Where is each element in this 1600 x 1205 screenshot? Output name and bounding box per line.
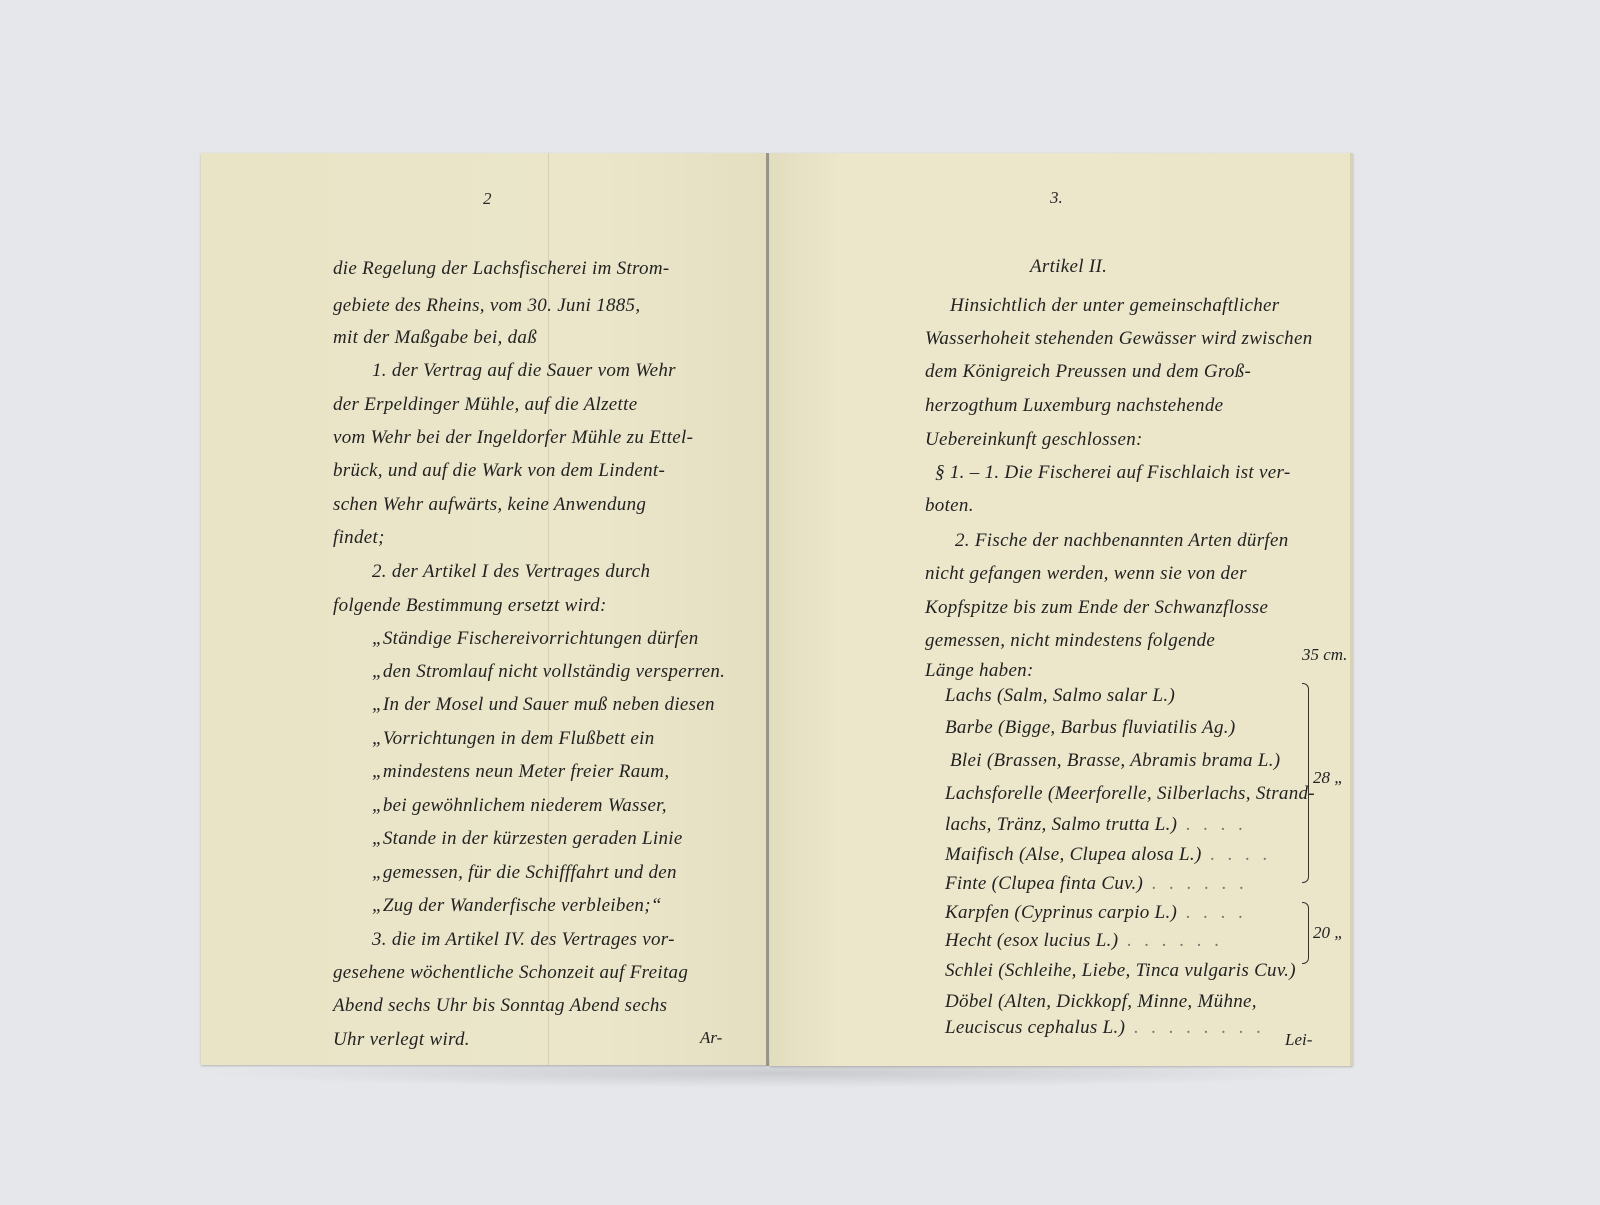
fish-name: Döbel (Alten, Dickkopf, Minne, Mühne, [945, 991, 1257, 1012]
text-line: „Stande in der kürzesten geraden Linie [372, 828, 683, 850]
text-line: gesehene wöchentliche Schonzeit auf Frei… [333, 962, 688, 984]
right-page-number: 3. [1050, 188, 1063, 208]
text-line: „den Stromlauf nicht vollständig versper… [372, 661, 725, 683]
fish-name: Blei (Brassen, Brasse, Abramis brama L.) [950, 750, 1280, 771]
fish-row: Hecht (esox lucius L.) . . . . . . [945, 930, 1223, 952]
text-line: Uebereinkunft geschlossen: [925, 429, 1143, 451]
fish-row: Lachs (Salm, Salmo salar L.) [945, 685, 1175, 707]
fish-row: Leuciscus cephalus L.) . . . . . . . . [945, 1017, 1265, 1039]
text-line: „gemessen, für die Schifffahrt und den [372, 862, 677, 884]
fish-row: Lachsforelle (Meerforelle, Silberlachs, … [945, 783, 1315, 805]
text-line: Kopfspitze bis zum Ende der Schwanzfloss… [925, 597, 1268, 619]
text-line: „Zug der Wanderfische verbleiben;“ [372, 895, 662, 917]
fish-name: Leuciscus cephalus L.) [945, 1017, 1125, 1038]
text-line: „mindestens neun Meter freier Raum, [372, 761, 669, 783]
text-line: Hinsichtlich der unter gemeinschaftliche… [950, 295, 1279, 317]
text-line: „Ständige Fischereivorrichtungen dürfen [372, 628, 699, 650]
article-heading: Artikel II. [1030, 256, 1107, 278]
text-line: § 1. – 1. Die Fischerei auf Fischlaich i… [935, 462, 1290, 484]
text-line: „Vorrichtungen in dem Flußbett ein [372, 728, 655, 750]
text-line: der Erpeldinger Mühle, auf die Alzette [333, 394, 637, 416]
fish-row: lachs, Tränz, Salmo trutta L.) . . . . [945, 814, 1247, 836]
text-line: vom Wehr bei der Ingeldorfer Mühle zu Et… [333, 427, 693, 449]
text-line: dem Königreich Preussen und dem Groß- [925, 361, 1251, 383]
fish-name: Schlei (Schleihe, Liebe, Tinca vulgaris … [945, 960, 1296, 981]
left-page-catchword: Ar- [700, 1028, 722, 1048]
fish-name: Barbe (Bigge, Barbus fluviatilis Ag.) [945, 717, 1235, 738]
text-line: Wasserhoheit stehenden Gewässer wird zwi… [925, 328, 1313, 350]
bracket-28cm [1302, 683, 1309, 883]
fish-row: Döbel (Alten, Dickkopf, Minne, Mühne, [945, 991, 1257, 1013]
fish-name: Lachs (Salm, Salmo salar L.) [945, 685, 1175, 706]
fish-name: Maifisch (Alse, Clupea alosa L.) [945, 844, 1202, 865]
fish-name: Hecht (esox lucius L.) [945, 930, 1118, 951]
fish-row: Barbe (Bigge, Barbus fluviatilis Ag.) [945, 717, 1235, 739]
fish-row: Schlei (Schleihe, Liebe, Tinca vulgaris … [945, 960, 1296, 982]
text-line: brück, und auf die Wark von dem Lindent- [333, 460, 665, 482]
text-line: 2. der Artikel I des Vertrages durch [372, 561, 650, 583]
text-line: „In der Mosel und Sauer muß neben diesen [372, 694, 715, 716]
fish-name: Finte (Clupea finta Cuv.) [945, 873, 1143, 894]
group-size-20: 20 „ [1313, 923, 1344, 943]
text-line: nicht gefangen werden, wenn sie von der [925, 563, 1247, 585]
text-line: die Regelung der Lachsfischerei im Strom… [333, 258, 669, 280]
left-page-number: 2 [483, 189, 492, 209]
text-line: boten. [925, 495, 974, 517]
fish-row: Maifisch (Alse, Clupea alosa L.) . . . . [945, 844, 1272, 866]
group-size-28: 28 „ [1313, 768, 1344, 788]
text-line: herzogthum Luxemburg nachstehende [925, 395, 1223, 417]
text-line: 2. Fische der nachbenannten Arten dürfen [955, 530, 1289, 552]
bracket-20cm [1302, 902, 1309, 964]
fish-row: Karpfen (Cyprinus carpio L.) . . . . [945, 902, 1247, 924]
fish-row: Blei (Brassen, Brasse, Abramis brama L.) [950, 750, 1280, 772]
fish-name: lachs, Tränz, Salmo trutta L.) [945, 814, 1177, 835]
text-line: Länge haben: [925, 660, 1034, 682]
text-line: „bei gewöhnlichem niederem Wasser, [372, 795, 667, 817]
text-line: gemessen, nicht mindestens folgende [925, 630, 1215, 652]
fish-row: Finte (Clupea finta Cuv.) . . . . . . [945, 873, 1248, 895]
text-line: Abend sechs Uhr bis Sonntag Abend sechs [333, 995, 667, 1017]
right-page-catchword: Lei- [1285, 1030, 1312, 1050]
text-line: 1. der Vertrag auf die Sauer vom Wehr [372, 360, 676, 382]
text-line: Uhr verlegt wird. [333, 1029, 470, 1051]
book-spine [766, 153, 769, 1066]
text-line: 3. die im Artikel IV. des Vertrages vor- [372, 929, 675, 951]
text-line: findet; [333, 527, 385, 549]
text-line: gebiete des Rheins, vom 30. Juni 1885, [333, 295, 640, 317]
fish-size-lachs: 35 cm. [1302, 645, 1347, 665]
text-line: schen Wehr aufwärts, keine Anwendung [333, 494, 646, 516]
text-line: folgende Bestimmung ersetzt wird: [333, 595, 607, 617]
text-line: mit der Maßgabe bei, daß [333, 327, 537, 349]
fish-name: Karpfen (Cyprinus carpio L.) [945, 902, 1177, 923]
fish-name: Lachsforelle (Meerforelle, Silberlachs, … [945, 783, 1315, 804]
